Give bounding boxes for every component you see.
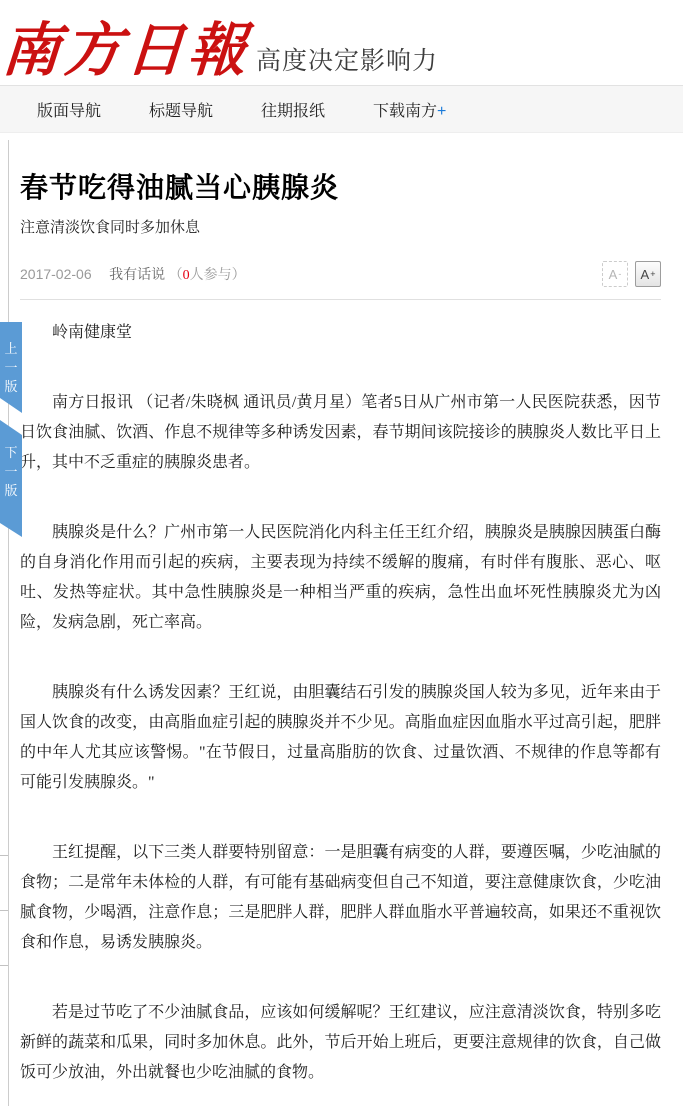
comment-link[interactable]: 我有话说 (109, 268, 165, 283)
left-edge-tick (0, 855, 8, 856)
site-header: 南方日報 高度决定影响力 (0, 0, 683, 85)
nav-item-label: 往期报纸 (261, 103, 325, 120)
article-container: 春节吃得油腻当心胰腺炎 注意清淡饮食同时多加休息 2017-02-06 我有话说… (8, 140, 683, 1106)
plus-icon: + (650, 270, 655, 279)
font-decrease-label: A (609, 268, 618, 281)
nav-item-page-navigation[interactable]: 版面导航 (37, 94, 133, 125)
font-increase-label: A (641, 268, 650, 281)
prev-page-tab[interactable]: 上一版 (0, 322, 22, 413)
nav-item-download-app[interactable]: 下载南方+ (373, 94, 469, 125)
minus-icon: - (618, 270, 621, 279)
participation-text: 人参与） (190, 268, 246, 283)
prev-page-tab-label: 上一版 (4, 339, 18, 396)
nav-item-label: 版面导航 (37, 103, 101, 120)
article-title: 春节吃得油腻当心胰腺炎 (20, 166, 661, 206)
nav-item-title-navigation[interactable]: 标题导航 (149, 94, 245, 125)
plus-icon: + (437, 103, 446, 120)
article-paragraph: 王红提醒，以下三类人群要特别留意：一是胆囊有病变的人群，要遵医嘱，少吃油腻的食物… (20, 838, 661, 958)
font-increase-button[interactable]: A+ (635, 261, 661, 287)
nav-item-label: 下载南方 (373, 103, 437, 120)
participation-text: （ (169, 268, 183, 283)
article-paragraph: 若是过节吃了不少油腻食品，应该如何缓解呢？王红建议，应注意清淡饮食，特别多吃新鲜… (20, 998, 661, 1088)
article-paragraph: 南方日报讯 （记者/朱晓枫 通讯员/黄月星）笔者5日从广州市第一人民医院获悉，因… (20, 388, 661, 478)
article-meta: 2017-02-06 我有话说 （0人参与） (20, 264, 246, 284)
left-edge-tick (0, 910, 8, 911)
article-paragraph: 胰腺炎是什么？广州市第一人民医院消化内科主任王红介绍，胰腺炎是胰腺因胰蛋白酶的自… (20, 518, 661, 638)
article-paragraph: 岭南健康堂 (20, 318, 661, 348)
next-page-tab-label: 下一版 (4, 443, 18, 500)
slogan: 高度决定影响力 (256, 41, 438, 83)
publish-date: 2017-02-06 (20, 266, 92, 282)
nav-item-past-issues[interactable]: 往期报纸 (261, 94, 357, 125)
left-edge-tick (0, 965, 8, 966)
article-paragraph: 胰腺炎有什么诱发因素？王红说，由胆囊结石引发的胰腺炎国人较为多见，近年来由于国人… (20, 678, 661, 798)
font-size-controls: A- A+ (602, 261, 661, 287)
font-decrease-button[interactable]: A- (602, 261, 628, 287)
newspaper-logo: 南方日報 (0, 19, 252, 83)
participation-count: 0 (183, 268, 190, 283)
article-body: 岭南健康堂 南方日报讯 （记者/朱晓枫 通讯员/黄月星）笔者5日从广州市第一人民… (20, 300, 661, 1088)
article-meta-row: 2017-02-06 我有话说 （0人参与） A- A+ (20, 261, 661, 287)
nav-item-label: 标题导航 (149, 103, 213, 120)
article-subtitle: 注意清淡饮食同时多加休息 (20, 216, 661, 237)
main-nav: 版面导航 标题导航 往期报纸 下载南方+ (0, 85, 683, 133)
